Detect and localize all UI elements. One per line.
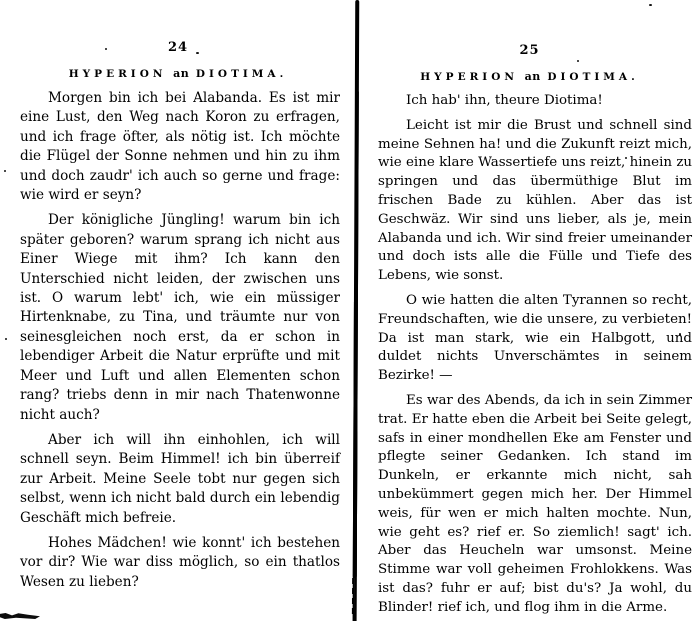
scan-speck	[4, 170, 6, 172]
left-page-number: 24	[0, 40, 356, 55]
page-gutter-line-tail	[352, 578, 354, 616]
paragraph: O wie hatten die alten Tyrannen so recht…	[378, 292, 692, 386]
scan-speck	[649, 4, 652, 6]
left-page-body: Morgen bin ich bei Alabanda. Es ist mir …	[0, 89, 356, 592]
header-conjunction: an	[525, 70, 541, 83]
paragraph: Leicht ist mir die Brust und schnell sin…	[378, 117, 692, 286]
scan-speck	[684, 437, 686, 439]
paragraph: Es war des Abends, da ich in sein Zimmer…	[378, 392, 692, 618]
right-page-body: Ich hab' ihn, theure Diotima! Leicht ist…	[361, 92, 698, 618]
header-word: DIOTIMA.	[547, 71, 638, 83]
paragraph: Ich hab' ihn, theure Diotima!	[378, 92, 692, 111]
right-page-number: 25	[361, 43, 698, 58]
scan-speck	[105, 48, 107, 50]
left-page: 24 HYPERION an DIOTIMA. Morgen bin ich b…	[0, 0, 356, 598]
paragraph: Aber ich will ihn einhohlen, ich will sc…	[20, 431, 340, 528]
paragraph: Der königliche Jüngling! warum bin ich s…	[20, 211, 340, 424]
header-word: DIOTIMA.	[196, 68, 287, 80]
header-word: HYPERION	[69, 68, 167, 80]
scan-speck	[679, 333, 681, 336]
book-scan: 24 HYPERION an DIOTIMA. Morgen bin ich b…	[0, 0, 698, 621]
scan-speck	[625, 157, 627, 159]
paragraph: Hohes Mädchen! wie konnt' ich bestehen v…	[20, 534, 340, 592]
paragraph: Morgen bin ich bei Alabanda. Es ist mir …	[20, 89, 340, 205]
scan-speck	[196, 52, 199, 54]
scan-speck	[5, 338, 7, 340]
right-page: 25 HYPERION an DIOTIMA. Ich hab' ihn, th…	[361, 0, 698, 621]
right-running-header: HYPERION an DIOTIMA.	[361, 70, 698, 83]
header-word: HYPERION	[420, 71, 518, 83]
scan-smudge	[0, 613, 40, 619]
header-conjunction: an	[173, 67, 189, 80]
left-running-header: HYPERION an DIOTIMA.	[0, 67, 356, 80]
scan-speck	[577, 60, 579, 62]
